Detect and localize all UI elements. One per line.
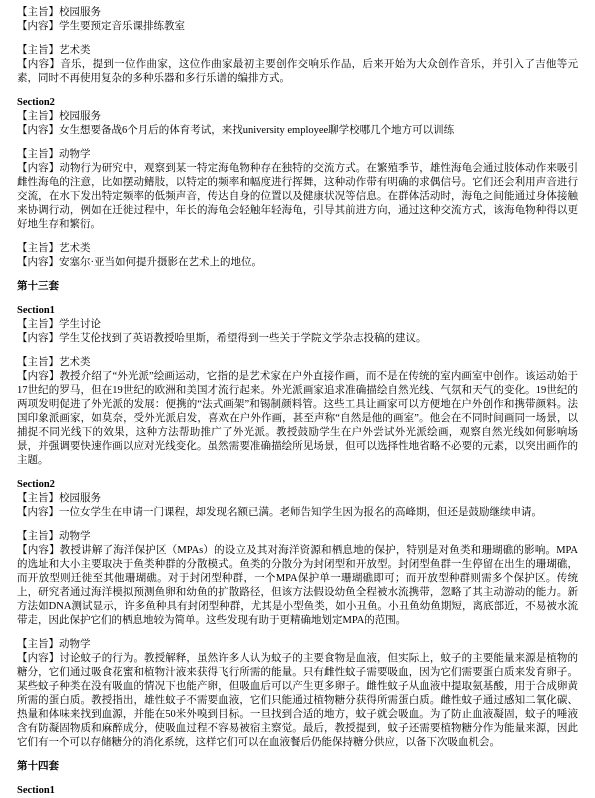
content-value: 女生想要备战6个月后的体育考试，来找university employee聊学校…	[59, 125, 454, 136]
entry-topic-line: 【主旨】学生讨论	[17, 318, 578, 332]
entry-content-line: 【内容】一位女学生在申请一门课程，却发现名额已满。老师告知学生因为报名的高峰期，…	[17, 506, 578, 520]
topic-prefix-label: 【主旨】	[17, 357, 59, 368]
topic-value: 动物学	[59, 639, 91, 650]
set-title-heading: 第十三套	[17, 280, 578, 294]
entry: 【主旨】学生讨论 【内容】学生艾伦找到了英语教授哈里斯，希望得到一些关于学院文学…	[17, 318, 578, 346]
topic-value: 艺术类	[59, 45, 91, 56]
content-prefix-label: 【内容】	[17, 653, 59, 664]
topic-prefix-label: 【主旨】	[17, 45, 59, 56]
set-title-heading: 第十四套	[17, 760, 578, 774]
topic-value: 学生讨论	[59, 319, 101, 330]
content-value: 安塞尔·亚当如何提升摄影在艺术上的地位。	[59, 257, 262, 268]
entry-content-line: 【内容】教授介绍了“外光派”绘画运动，它指的是艺术家在户外直接作画，而不是在传统…	[17, 370, 578, 468]
content-prefix-label: 【内容】	[17, 333, 59, 344]
content-value: 动物行为研究中，观察到某一特定海龟物种存在独特的交流方式。在繁殖季节，雄性海龟会…	[17, 163, 578, 230]
entry-content-line: 【内容】学生艾伦找到了英语教授哈里斯，希望得到一些关于学院文学杂志投稿的建议。	[17, 332, 578, 346]
entry: 【主旨】动物学 【内容】动物行为研究中，观察到某一特定海龟物种存在独特的交流方式…	[17, 148, 578, 232]
entry-content-line: 【内容】学生要预定音乐课排练教室	[17, 20, 578, 34]
topic-prefix-label: 【主旨】	[17, 639, 59, 650]
topic-prefix-label: 【主旨】	[17, 7, 59, 18]
topic-value: 校园服务	[59, 7, 101, 18]
entry-content-line: 【内容】安塞尔·亚当如何提升摄影在艺术上的地位。	[17, 256, 578, 270]
section-heading: Section2	[17, 478, 578, 492]
content-value: 学生艾伦找到了英语教授哈里斯，希望得到一些关于学院文学杂志投稿的建议。	[59, 333, 427, 344]
topic-value: 动物学	[59, 149, 91, 160]
topic-value: 校园服务	[59, 111, 101, 122]
content-prefix-label: 【内容】	[17, 257, 59, 268]
section-heading: Section1	[17, 304, 578, 318]
entry-topic-line: 【主旨】校园服务	[17, 110, 578, 124]
topic-value: 动物学	[59, 531, 91, 542]
entry: 【主旨】动物学 【内容】讨论蚊子的行为。教授解释，虽然许多人认为蚊子的主要食物是…	[17, 638, 578, 750]
entry-content-line: 【内容】女生想要备战6个月后的体育考试，来找university employe…	[17, 124, 578, 138]
content-value: 一位女学生在申请一门课程，却发现名额已满。老师告知学生因为报名的高峰期，但还是鼓…	[59, 507, 542, 518]
section-heading: Section2	[17, 96, 578, 110]
content-prefix-label: 【内容】	[17, 545, 60, 556]
content-value: 学生要预定音乐课排练教室	[59, 21, 185, 32]
topic-value: 艺术类	[59, 243, 91, 254]
entry-topic-line: 【主旨】艺术类	[17, 44, 578, 58]
topic-prefix-label: 【主旨】	[17, 493, 59, 504]
topic-prefix-label: 【主旨】	[17, 319, 59, 330]
content-prefix-label: 【内容】	[17, 507, 59, 518]
content-prefix-label: 【内容】	[17, 59, 60, 70]
content-value: 教授介绍了“外光派”绘画运动，它指的是艺术家在户外直接作画，而不是在传统的室内画…	[17, 371, 578, 466]
topic-prefix-label: 【主旨】	[17, 531, 59, 542]
section-heading: Section1	[17, 784, 578, 798]
document-page: 【主旨】校园服务 【内容】学生要预定音乐课排练教室 【主旨】艺术类 【内容】音乐…	[0, 0, 595, 798]
content-prefix-label: 【内容】	[17, 163, 59, 174]
entry: 【主旨】艺术类 【内容】音乐，提到一位作曲家，这位作曲家最初主要创作交响乐作品，…	[17, 44, 578, 86]
entry-topic-line: 【主旨】校园服务	[17, 6, 578, 20]
entry-topic-line: 【主旨】艺术类	[17, 356, 578, 370]
content-value: 教授讲解了海洋保护区（MPAs）的设立及其对海洋资源和栖息地的保护，特别是对鱼类…	[17, 545, 578, 626]
topic-prefix-label: 【主旨】	[17, 111, 59, 122]
topic-prefix-label: 【主旨】	[17, 243, 59, 254]
entry: 【主旨】动物学 【内容】教授讲解了海洋保护区（MPAs）的设立及其对海洋资源和栖…	[17, 530, 578, 628]
entry: 【主旨】艺术类 【内容】安塞尔·亚当如何提升摄影在艺术上的地位。	[17, 242, 578, 270]
entry-topic-line: 【主旨】校园服务	[17, 492, 578, 506]
content-prefix-label: 【内容】	[17, 125, 59, 136]
entry: 【主旨】校园服务 【内容】学生要预定音乐课排练教室	[17, 6, 578, 34]
entry-content-line: 【内容】音乐，提到一位作曲家，这位作曲家最初主要创作交响乐作品，后来开始为大众创…	[17, 58, 578, 86]
entry-topic-line: 【主旨】动物学	[17, 638, 578, 652]
entry-content-line: 【内容】讨论蚊子的行为。教授解释，虽然许多人认为蚊子的主要食物是血液，但实际上，…	[17, 652, 578, 750]
topic-value: 艺术类	[59, 357, 91, 368]
entry-topic-line: 【主旨】动物学	[17, 148, 578, 162]
content-value: 讨论蚊子的行为。教授解释，虽然许多人认为蚊子的主要食物是血液，但实际上，蚊子的主…	[17, 653, 578, 748]
entry-topic-line: 【主旨】动物学	[17, 530, 578, 544]
entry: 【主旨】校园服务 【内容】女生想要备战6个月后的体育考试，来找universit…	[17, 110, 578, 138]
topic-value: 校园服务	[59, 493, 101, 504]
entry-content-line: 【内容】教授讲解了海洋保护区（MPAs）的设立及其对海洋资源和栖息地的保护，特别…	[17, 544, 578, 628]
content-prefix-label: 【内容】	[17, 371, 59, 382]
entry-topic-line: 【主旨】艺术类	[17, 242, 578, 256]
content-value: 音乐，提到一位作曲家，这位作曲家最初主要创作交响乐作品，后来开始为大众创作音乐，…	[17, 59, 578, 84]
entry: 【主旨】校园服务 【内容】一位女学生在申请一门课程，却发现名额已满。老师告知学生…	[17, 492, 578, 520]
topic-prefix-label: 【主旨】	[17, 149, 59, 160]
entry-content-line: 【内容】动物行为研究中，观察到某一特定海龟物种存在独特的交流方式。在繁殖季节，雄…	[17, 162, 578, 232]
entry: 【主旨】艺术类 【内容】教授介绍了“外光派”绘画运动，它指的是艺术家在户外直接作…	[17, 356, 578, 468]
content-prefix-label: 【内容】	[17, 21, 59, 32]
